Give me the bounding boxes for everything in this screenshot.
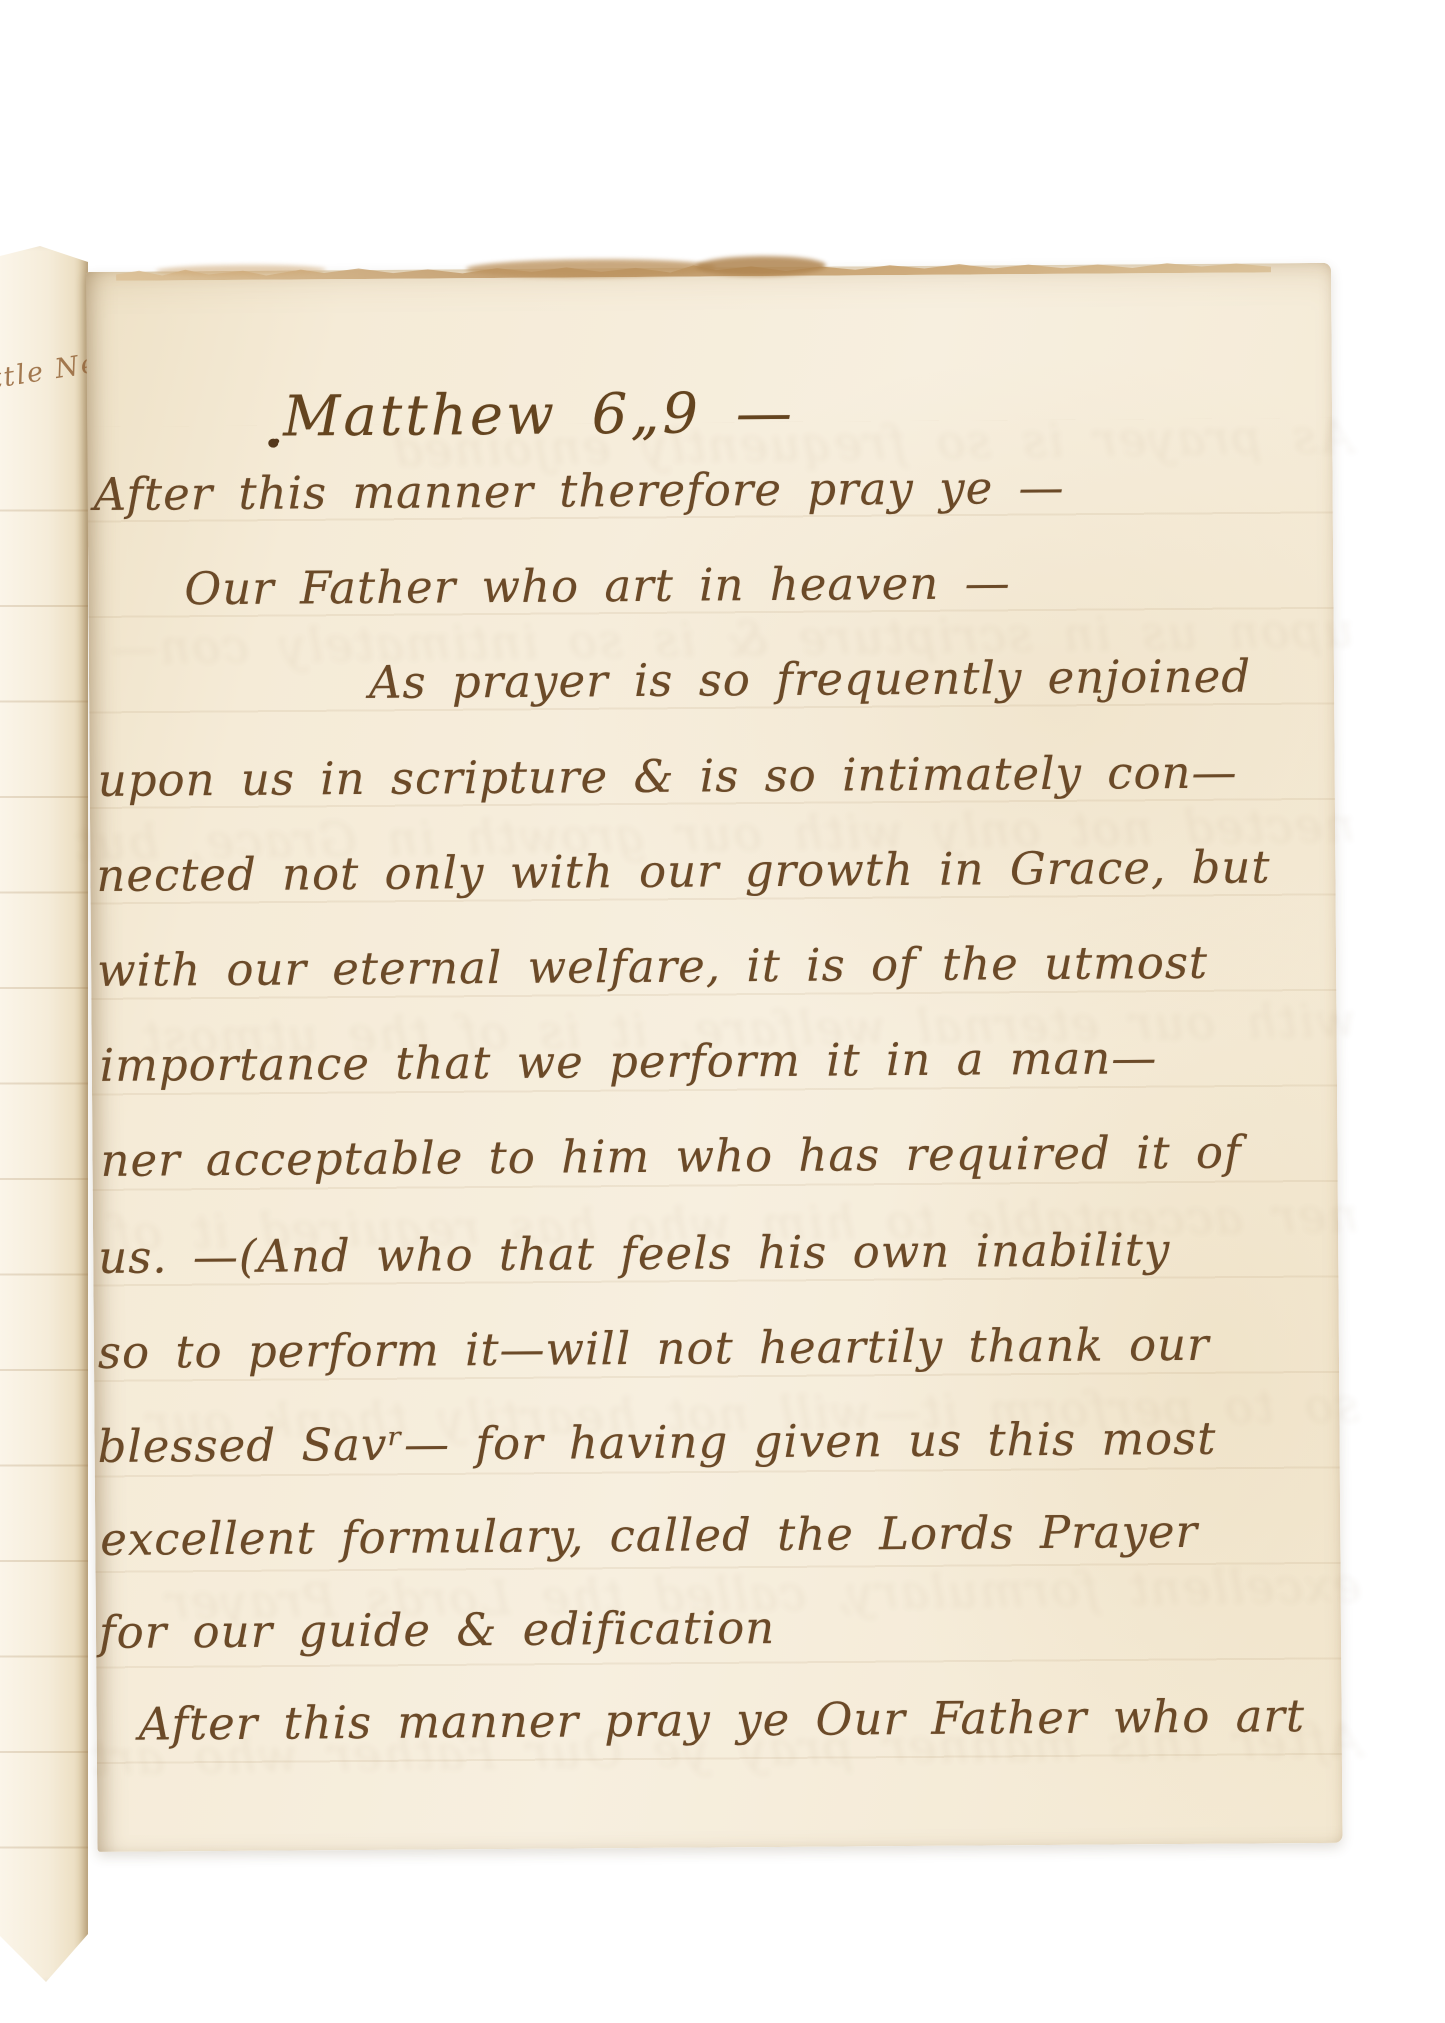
manuscript-line: After this manner pray ye Our Father who… (138, 1691, 1305, 1749)
manuscript-line: nected not only with our growth in Grace… (96, 842, 1270, 900)
scripture-heading: Matthew 6„9 — (283, 383, 795, 448)
manuscript-line: As prayer is so frequently enjoined (369, 651, 1251, 707)
manuscript-line: upon us in scripture & is so intimately … (98, 748, 1238, 806)
manuscript-line: for our guide & edification (99, 1603, 776, 1657)
photo-backdrop: ttle Neck M As prayer is so frequently e… (0, 0, 1445, 2023)
manuscript-line: blessed Savʳ— for having given us this m… (97, 1414, 1216, 1472)
manuscript-line: importance that we perform it in a man— (100, 1033, 1158, 1090)
manuscript-line: so to perform it—will not heartily thank… (98, 1320, 1210, 1378)
ruled-lines-left-page (0, 416, 88, 1922)
ink-blot (268, 439, 278, 448)
manuscript-line: After this manner therefore pray ye — (93, 463, 1064, 520)
manuscript-line: ner acceptable to him who has required i… (100, 1128, 1242, 1186)
manuscript-line: Our Father who art in heaven — (184, 558, 1011, 614)
manuscript-line: with our eternal welfare, it is of the u… (97, 938, 1208, 996)
left-page-edge: ttle Neck M (0, 246, 88, 1982)
manuscript-line: excellent formulary, called the Lords Pr… (100, 1507, 1198, 1565)
manuscript-line: us. —(And who that feels his own inabili… (98, 1225, 1170, 1282)
manuscript-page: As prayer is so frequently enjoined upon… (86, 263, 1343, 1852)
